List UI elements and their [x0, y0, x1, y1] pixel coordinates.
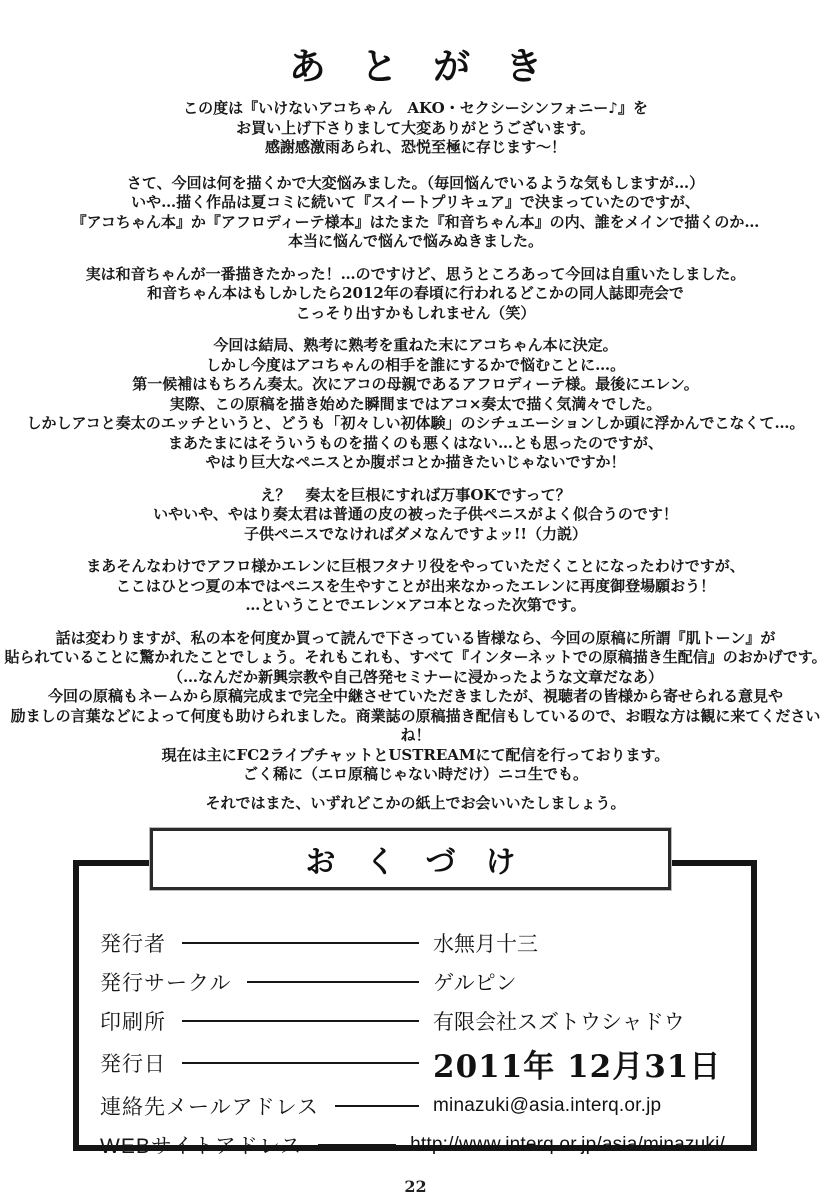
website-label: WEBサイトアドレス [100, 1130, 302, 1160]
publisher-value: 水無月十三 [433, 928, 725, 958]
afterword-closing-line: それではまた、いずれどこかの紙上でお会いいたしましょう。 [0, 794, 831, 814]
leader-line [247, 981, 419, 983]
colophon-row-email: 連絡先メールアドレス minazuki@asia.interq.or.jp [100, 1086, 725, 1125]
leader-line [318, 1144, 396, 1146]
publisher-label: 発行者 [100, 928, 166, 958]
leader-line [335, 1105, 419, 1107]
leader-line [182, 1062, 419, 1064]
afterword-paragraph-wakane: 実は和音ちゃんが一番描きたかった！…のですけど、思うところあって今回は自重いたし… [0, 265, 831, 324]
colophon-row-publisher: 発行者 水無月十三 [100, 923, 725, 962]
afterword-section: あとがき この度は『いけないアコちゃん AKO・セクシーシンフォニー♪』を お買… [0, 0, 831, 813]
colophon-row-website: WEBサイトアドレス http://www.interq.or.jp/asia/… [100, 1125, 725, 1164]
leader-line [182, 1020, 419, 1022]
date-label: 発行日 [100, 1048, 166, 1078]
afterword-paragraph-streaming: 話は変わりますが、私の本を何度か買って読んで下さっている皆様なら、今回の原稿に所… [0, 629, 831, 785]
printer-value: 有限会社スズトウシャドウ [433, 1006, 725, 1036]
colophon-title: おくづけ [276, 837, 546, 881]
leader-line [182, 942, 419, 944]
afterword-paragraph-casting: まあそんなわけでアフロ様かエレンに巨根フタナリ役をやっていただくことになったわけ… [0, 557, 831, 616]
circle-value: ゲルピン [433, 967, 725, 997]
colophon-section: おくづけ 発行者 水無月十三 発行サークル ゲルピン 印刷所 有限会社スズトウシ… [0, 828, 831, 1163]
scanned-afterword-page: あとがき この度は『いけないアコちゃん AKO・セクシーシンフォニー♪』を お買… [0, 0, 831, 1200]
page-number: 22 [0, 1177, 831, 1196]
printer-label: 印刷所 [100, 1006, 166, 1036]
afterword-paragraph-topic-choice: さて、今回は何を描くかで大変悩みました。（毎回悩んでいるような気もしますが…） … [0, 174, 831, 252]
email-value: minazuki@asia.interq.or.jp [433, 1095, 725, 1117]
date-value: 2011年 12月31日 [433, 1041, 725, 1086]
email-label: 連絡先メールアドレス [100, 1091, 319, 1121]
colophon-row-date: 発行日 2011年 12月31日 [100, 1040, 725, 1086]
afterword-paragraph-thanks: この度は『いけないアコちゃん AKO・セクシーシンフォニー♪』を お買い上げ下さ… [0, 99, 831, 158]
circle-label: 発行サークル [100, 967, 231, 997]
website-value: http://www.interq.or.jp/asia/minazuki/ [410, 1134, 725, 1156]
afterword-paragraph-decision: 今回は結局、熟考に熟考を重ねた末にアコちゃん本に決定。 しかし今度はアコちゃんの… [0, 336, 831, 473]
colophon-row-circle: 発行サークル ゲルピン [100, 962, 725, 1001]
colophon-row-printer: 印刷所 有限会社スズトウシャドウ [100, 1001, 725, 1040]
afterword-paragraph-qa: え？ 奏太を巨根にすれば万事OKですって？ いやいや、やはり奏太君は普通の皮の被… [0, 486, 831, 545]
colophon-title-box: おくづけ [150, 828, 671, 890]
colophon-rows: 発行者 水無月十三 発行サークル ゲルピン 印刷所 有限会社スズトウシャドウ 発… [79, 923, 751, 1164]
afterword-title: あとがき [0, 0, 831, 90]
